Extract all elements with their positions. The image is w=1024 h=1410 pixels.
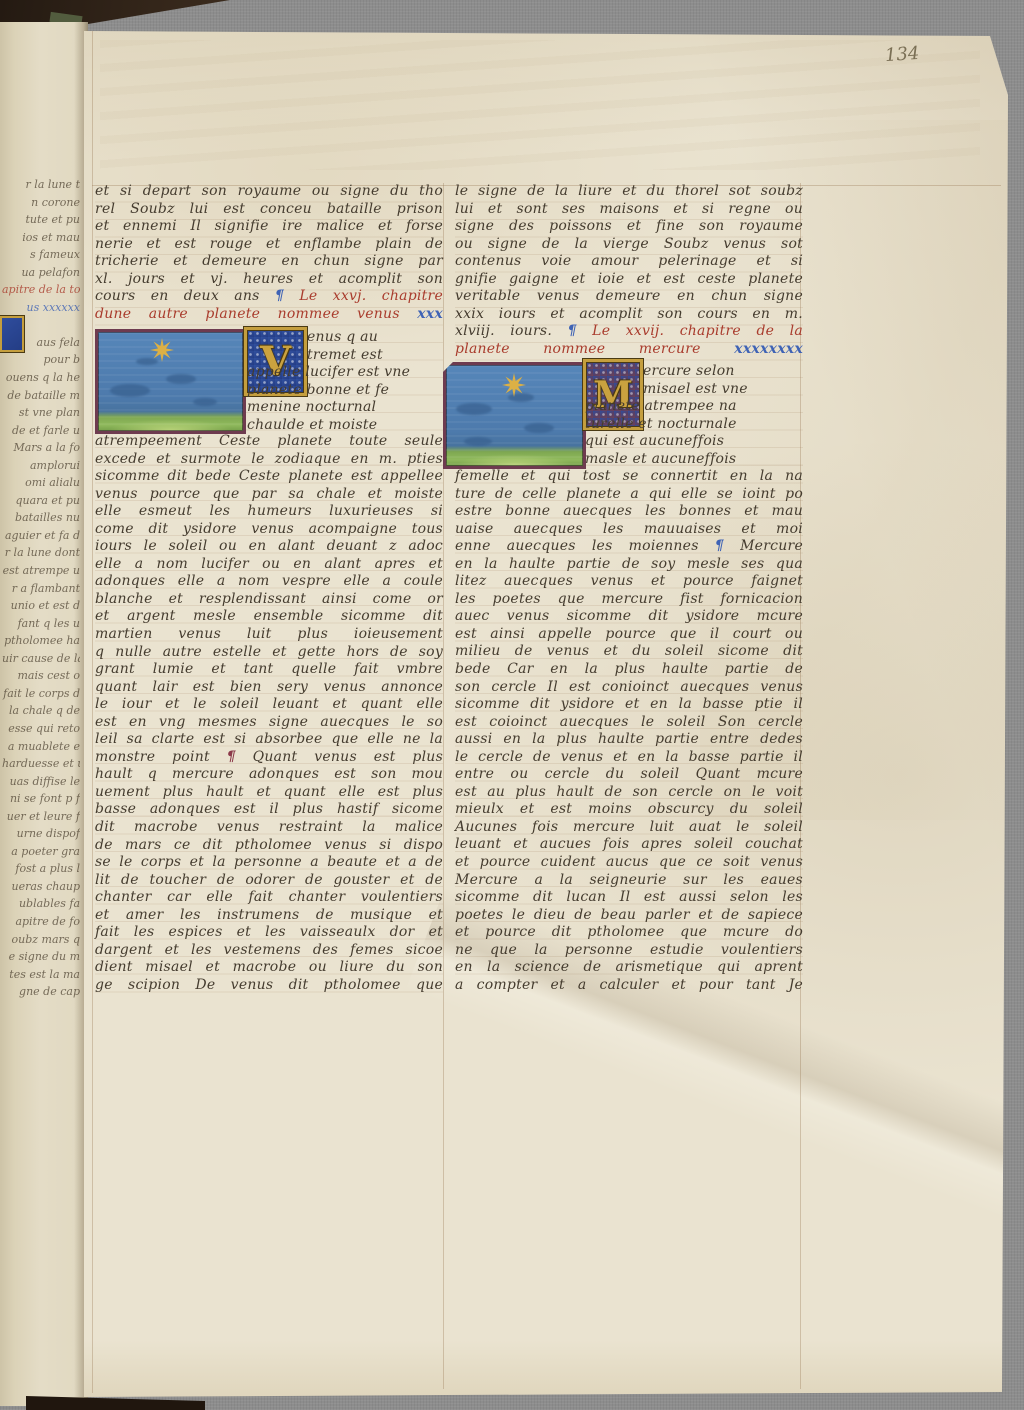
text-line: litez auecques venus et pource faignet [455,573,803,591]
text-line: planete bonne et fe [247,382,443,400]
margin-fragment-line: us xxxxxx [2,299,80,317]
cloud [456,403,492,415]
margin-fragment-line: r a flambant [2,580,80,598]
text-line: se le corps et la personne a beaute et a… [95,854,443,872]
star-icon [150,338,174,362]
margin-fragment-line: aguier et fa d [2,527,80,545]
cloud [166,374,196,384]
text-line: tremet est [307,347,443,365]
margin-fragment-line: est atrempe u [2,562,80,580]
text-line: fait les espices et les vaisseaulx dor e… [95,924,443,942]
right-column-text-beside-miniature: planete atrempee naturelle et nocturnale… [585,398,803,468]
margin-fragment-line: ptholomee ha [2,632,80,650]
text-line: rel Soubz lui est conceu bataille prison [95,201,443,219]
margin-fragment-line: esse qui reto [2,720,80,738]
text-line: ne que la personne estudie voulentiers [455,942,803,960]
margin-fragment-line: ni se font p f [2,790,80,808]
text-line: et si depart son royaume ou signe du tho [95,183,443,201]
manuscript-photo: r la lune tn coronetute et puios et maus… [0,0,1024,1410]
left-column-text-beside-miniature: appelle lucifer est vneplanete bonne et … [247,364,443,434]
margin-fragment-line: s fameux [2,246,80,264]
text-line: de mars ce dit ptholomee venus si dispo [95,837,443,855]
text-line: le iour et le soleil leuant et quant ell… [95,696,443,714]
venus-miniature [95,329,246,434]
margin-fragment-line: ueras chaup [2,878,80,896]
previous-folio-text-fragments: r la lune tn coronetute et puios et maus… [2,176,80,1001]
text-line: aussi en la plus haulte partie entre ded… [455,731,803,749]
margin-fragment-line: apitre de la to [2,281,80,299]
right-column-upper-text: le signe de la liure et du thorel sot so… [455,183,803,358]
text-line: bede Car en la plus haulte partie de [455,661,803,679]
text-line: et amer les instrumens de musique et [95,907,443,925]
text-line: mieulx et est moins obscurcy du soleil [455,801,803,819]
text-line: atrempeement Ceste planete toute seule [95,433,443,451]
right-column-text-beside-initial: ercure selonmisael est vne [643,363,803,398]
cloud [136,358,158,365]
text-line: et pource dit ptholomee que mcure do [455,924,803,942]
text-line: femelle et qui tost se connertit en la n… [455,468,803,486]
text-line: martien venus luit plus ioieusement [95,626,443,644]
text-line: entre ou cercle du soleil Quant mcure [455,766,803,784]
margin-fragment-line: urne dispof [2,825,80,843]
margin-fragment-line: oubz mars q [2,931,80,949]
margin-fragment-line: fost a plus l [2,860,80,878]
text-line: elle esmeut les humeurs luxurieuses si [95,503,443,521]
text-line: nerie et est rouge et enflambe plain de [95,236,443,254]
text-line: hault q mercure adonques est son mou [95,766,443,784]
text-line: chaulde et moiste [247,417,443,435]
text-line: tricherie et demeure en chun signe par [95,253,443,271]
text-line: le cercle de venus et en la basse partie… [455,749,803,767]
text-line: come dit ysidore venus acompaigne tous [95,521,443,539]
text-line: lit de toucher de odorer de gouster et d… [95,872,443,890]
text-line: veritable venus demeure en chun signe [455,288,803,306]
margin-fragment-line: mais cest o [2,667,80,685]
star-icon [502,373,526,397]
text-line: et ennemi Il signifie ire malice et fors… [95,218,443,236]
margin-fragment-line: st vne plan [2,404,80,422]
text-line: q nulle autre estelle et gette hors de s… [95,644,443,662]
text-line: monstre point ¶ Quant venus est plus [95,749,443,767]
margin-fragment-line: gne de cap [2,983,80,1001]
text-line: leuant et aucues fois apres soleil couch… [455,836,803,854]
text-line: son cercle Il est conioinct auecques ven… [455,679,803,697]
margin-fragment-line: de bataille m [2,387,80,405]
margin-fragment-line: r la lune t [2,176,80,194]
text-line: ture de celle planete a qui elle se ioin… [455,486,803,504]
text-line: dient misael et macrobe ou liure du son [95,959,443,977]
text-line: dit macrobe venus restraint la malice [95,819,443,837]
text-line: grant lumie et tant quelle fait vmbre [95,661,443,679]
text-line: en la science de arismetique qui aprent [455,959,803,977]
text-line: Aucunes fois mercure luit auat le soleil [455,819,803,837]
text-line: quant lair est bien sery venus annonce [95,679,443,697]
text-line: signe des poissons et fine son royaume [455,218,803,236]
text-line: enus q au [307,329,443,347]
text-line: planete nommee mercure xxxxxxxx [455,341,803,359]
text-line: auec venus sicomme dit ysidore mcure [455,608,803,626]
margin-fragment-line: batailles nu [2,509,80,527]
text-line: xl. jours et vj. heures et acomplit son [95,271,443,289]
text-line: gnifie gaigne et ioie et est ceste plane… [455,271,803,289]
margin-fragment-line: Mars a la fo [2,439,80,457]
text-line: et pource cuident aucus que ce soit venu… [455,854,803,872]
margin-fragment-line: quara et pu [2,492,80,510]
text-line: ou signe de la vierge Soubz venus sot [455,236,803,254]
text-line: dune autre planete nommee venus xxx [95,306,443,324]
text-line: ercure selon [643,363,803,381]
text-line: qui est aucuneffois [585,433,803,451]
text-line: lui et sont ses maisons et si regne ou [455,201,803,219]
text-line: sicomme dit bede Ceste planete est appel… [95,468,443,486]
text-line: elle a nom lucifer ou en alant apres et [95,556,443,574]
margin-fragment-line: harduesse et u [2,755,80,773]
text-line: turelle et nocturnale [585,416,803,434]
text-line: leil sa clarte est si absorbee que elle … [95,731,443,749]
text-line: iours le soleil ou en alant deuant z ado… [95,538,443,556]
margin-fragment-line: n corone [2,194,80,212]
folio-number: 134 [884,43,920,66]
text-line: les poetes que mercure fist fornicacion [455,591,803,609]
text-line: est coioinct auecques le soleil Son cerc… [455,714,803,732]
text-line: xlviij. iours. ¶ Le xxvij. chapitre de l… [455,323,803,341]
margin-fragment-line: omi alialu [2,474,80,492]
text-line: en la haulte partie de soy mesle ses qua [455,556,803,574]
ruling-line-intercolumn [443,183,444,1389]
text-line: est ainsi appelle pource que il court ou [455,626,803,644]
previous-folio-edge: r la lune tn coronetute et puios et maus… [0,22,88,1406]
text-line: xxix iours et acomplit son cours en m. [455,306,803,324]
text-line: le signe de la liure et du thorel sot so… [455,183,803,201]
text-line: est en vng mesmes signe auecques le so [95,714,443,732]
cloud [508,393,534,402]
manuscript-page: 134 et si depart son royaume ou signe du… [0,0,1024,1410]
ruling-line-left-margin [92,31,93,1393]
text-line: cours en deux ans ¶ Le xxvj. chapitre [95,288,443,306]
cloud [193,398,217,406]
margin-fragment-line: uir cause de la [2,650,80,668]
margin-fragment-line: r la lune dont [2,544,80,562]
margin-fragment-line: fant q les u [2,615,80,633]
text-line: menine nocturnal [247,399,443,417]
margin-fragment-line: ua pelafon [2,264,80,282]
text-line: Mercure a la seigneurie sur les eaues [455,872,803,890]
cloud [110,384,150,397]
text-line: sicomme dit lucan Il est aussi selon les [455,889,803,907]
margin-fragment-line: pour b [2,351,80,369]
text-line: estre bonne auecques les bonnes et mau [455,503,803,521]
cloud [464,437,492,446]
left-column-upper-text: et si depart son royaume ou signe du tho… [95,183,443,323]
text-line: blanche et resplendissant ainsi come or [95,591,443,609]
text-line: contenus voie amour pelerinage et si [455,253,803,271]
text-line: milieu de venus et du soleil sicome dit [455,643,803,661]
margin-fragment-line: la chale q de [2,702,80,720]
margin-fragment-line: tes est la ma [2,966,80,984]
text-line: masle et aucuneffois [585,451,803,469]
cloud [524,423,554,433]
margin-fragment-line: tute et pu [2,211,80,229]
text-line: est au plus hault de son cercle on le vo… [455,784,803,802]
margin-fragment-line: ublables fa [2,895,80,913]
text-line: misael est vne [643,381,803,399]
text-line: planete atrempee na [585,398,803,416]
text-line: sicomme dit ysidore et en la basse ptie … [455,696,803,714]
margin-fragment-line: fait le corps d [2,685,80,703]
text-line: adonques elle a nom vespre elle a coule [95,573,443,591]
margin-fragment-line: apitre de fo [2,913,80,931]
left-column-body-text: atrempeement Ceste planete toute seuleex… [95,433,443,995]
text-line: excede et surmote le zodiaque en m. ptie… [95,451,443,469]
text-line: chanter car elle fait chanter voulentier… [95,889,443,907]
margin-fragment-line: a muablete e [2,738,80,756]
margin-fragment-line: e signe du m [2,948,80,966]
text-line: basse adonques est il plus hastif sicome [95,801,443,819]
right-column-body-text: femelle et qui tost se connertit en la n… [455,468,803,994]
text-line: venus pource que par sa chale et moiste [95,486,443,504]
text-line: appelle lucifer est vne [247,364,443,382]
margin-fragment-line: de et farle u [2,422,80,440]
text-line: poetes le dieu de beau parler et de sapi… [455,907,803,925]
margin-fragment-line: aus fela [2,334,80,352]
text-line: a compter et a calculer et pour tant Je [455,977,803,995]
text-line: uement plus hault et quant elle est plus [95,784,443,802]
margin-fragment-line: amplorui [2,457,80,475]
margin-fragment-line: ouens q la he [2,369,80,387]
margin-fragment-line: a poeter gra [2,843,80,861]
text-line: enne auecques les moiennes ¶ Mercure [455,538,803,556]
margin-initial-fragment [2,316,80,334]
mercury-miniature [443,362,586,469]
text-line: ge scipion De venus dit ptholomee que [95,977,443,995]
text-line: dargent et les vestemens des femes sicoe [95,942,443,960]
text-line: uaise auecques les mauuaises et moi [455,521,803,539]
margin-fragment-line: ios et mau [2,229,80,247]
text-line: et argent mesle ensemble sicomme dit [95,608,443,626]
margin-fragment-line: uas diffise le [2,773,80,791]
margin-fragment-line: uer et leure f [2,808,80,826]
margin-fragment-line: unio et est d [2,597,80,615]
left-column-text-beside-initial: enus q autremet est [307,329,443,364]
